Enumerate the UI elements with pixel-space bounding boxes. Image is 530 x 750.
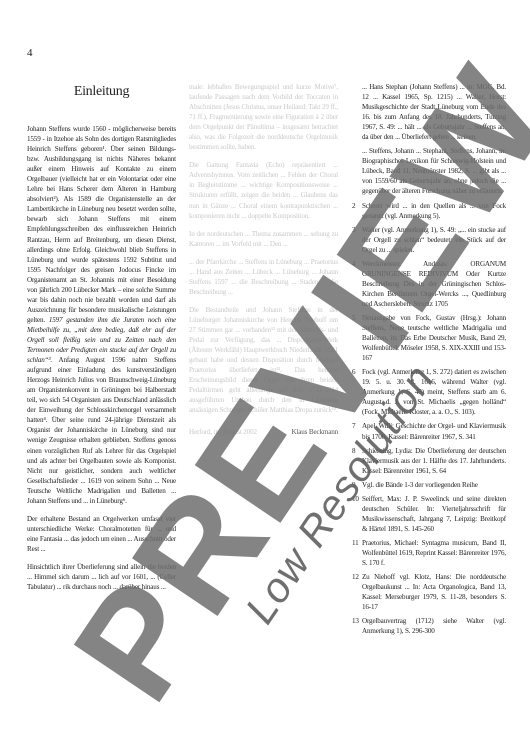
footnote: 4Werckmeister, Andreas: ORGANUM GRUNINGE…: [352, 259, 506, 309]
footnote-number: [352, 82, 362, 142]
footnote-number: 10: [352, 494, 362, 534]
footnotes-column: ... Hans Stephan (Johann Steffens) ... i…: [352, 82, 506, 640]
left-column: Johann Steffens wurde 1560 - möglicherwe…: [27, 124, 176, 600]
intro-paragraph: Johann Steffens wurde 1560 - möglicherwe…: [27, 124, 176, 506]
page-number: 4: [27, 47, 33, 59]
footnote: 9Vgl. die Bände 1-3 der vorliegenden Rei…: [352, 480, 506, 490]
footnote-number: 5: [352, 313, 362, 363]
mid-paragraph-4: ... der Pfarrkirche ... Steffens in Lüne…: [189, 257, 338, 297]
footnote-text: Neuausgabe von Fock, Gustav (Hrsg.): Joh…: [362, 313, 506, 363]
footnote-text: Werckmeister, Andreas: ORGANUM GRUNINGEN…: [362, 259, 506, 309]
paragraph-3: Hinsichtlich ihrer Überlieferung sind al…: [27, 562, 176, 592]
mid-paragraph-3: In der nordeutschen ... Thema zusammen .…: [189, 229, 338, 249]
mid-paragraph-2: Die Gattung Fantasia (Echo) repräsentier…: [189, 160, 338, 220]
footnote: 12Zu Niehoff vgl. Klotz, Hans: Die nordd…: [352, 572, 506, 612]
footnote-number: 7: [352, 421, 362, 441]
footnote: 2Scherer wird ... in den Quellen als ...…: [352, 201, 506, 221]
signoff-name: Klaus Beckmann: [291, 427, 338, 437]
footnote-number: 12: [352, 572, 362, 612]
middle-column: male: lebhaftes Bewegungsspiel und kurze…: [189, 82, 338, 437]
footnote-text: ... Hans Stephan (Johann Steffens) ... i…: [362, 82, 506, 142]
page-title: Einleitung: [27, 84, 176, 100]
footnote-number: 11: [352, 538, 362, 568]
footnote-number: 3: [352, 225, 362, 255]
footnote-number: 4: [352, 259, 362, 309]
footnote: ... Steffens, Johann ... Stephani, Steff…: [352, 146, 506, 196]
footnote: 7Apel, Willi: Geschichte der Orgel- und …: [352, 421, 506, 441]
paragraph-2: Der erhaltene Bestand an Orgelwerken umf…: [27, 514, 176, 554]
footnote-number: [352, 146, 362, 196]
footnote: 13Orgelbauvertrag (1712) siehe Walter (v…: [352, 616, 506, 636]
intro-text: Johann Steffens wurde 1560 - möglicherwe…: [27, 125, 176, 324]
footnote-text: Zu Niehoff vgl. Klotz, Hans: Die norddeu…: [362, 572, 506, 612]
footnote-text: ... Steffens, Johann ... Stephani, Steff…: [362, 146, 506, 196]
footnote-number: 9: [352, 480, 362, 490]
after-quote-text: Anfang August 1596 nahm Steffens aufgrun…: [27, 356, 176, 505]
footnote-text: Praetorius, Michael: Syntagma musicum, B…: [362, 538, 506, 568]
signoff-place: Herford, im August 2002: [189, 427, 257, 437]
footnote: 10Seiffert, Max: J. P. Sweelinck und sei…: [352, 494, 506, 534]
footnote: 11Praetorius, Michael: Syntagma musicum,…: [352, 538, 506, 568]
footnote-text: Orgelbauvertrag (1712) siehe Walter (vgl…: [362, 616, 506, 636]
footnote-text: Seiffert, Max: J. P. Sweelinck und seine…: [362, 494, 506, 534]
footnote: 8Schierning, Lydia: Die Überlieferung de…: [352, 446, 506, 476]
footnote-text: Apel, Willi: Geschichte der Orgel- und K…: [362, 421, 506, 441]
mid-paragraph-5: Die Bestandteile und Johann Steffens in …: [189, 305, 338, 416]
footnote-number: 2: [352, 201, 362, 221]
mid-paragraph-1: male: lebhaftes Bewegungsspiel und kurze…: [189, 82, 338, 152]
footnote-text: Vgl. die Bände 1-3 der vorliegenden Reih…: [362, 480, 506, 490]
footnote: 5Neuausgabe von Fock, Gustav (Hrsg.): Jo…: [352, 313, 506, 363]
footnote: 3Walter (vgl. Anmerkung 1), S. 49: „... …: [352, 225, 506, 255]
signoff: Herford, im August 2002 Klaus Beckmann: [189, 427, 338, 437]
footnote-number: 8: [352, 446, 362, 476]
footnote: 6Fock (vgl. Anmerkung 1, S. 272) datiert…: [352, 367, 506, 417]
footnote: ... Hans Stephan (Johann Steffens) ... i…: [352, 82, 506, 142]
footnote-text: Walter (vgl. Anmerkung 1), S. 49: „... e…: [362, 225, 506, 255]
footnote-number: 13: [352, 616, 362, 636]
footnote-number: 6: [352, 367, 362, 417]
footnote-text: Schierning, Lydia: Die Überlieferung der…: [362, 446, 506, 476]
footnote-text: Scherer wird ... in den Quellen als ... …: [362, 201, 506, 221]
footnote-text: Fock (vgl. Anmerkung 1, S. 272) datiert …: [362, 367, 506, 417]
